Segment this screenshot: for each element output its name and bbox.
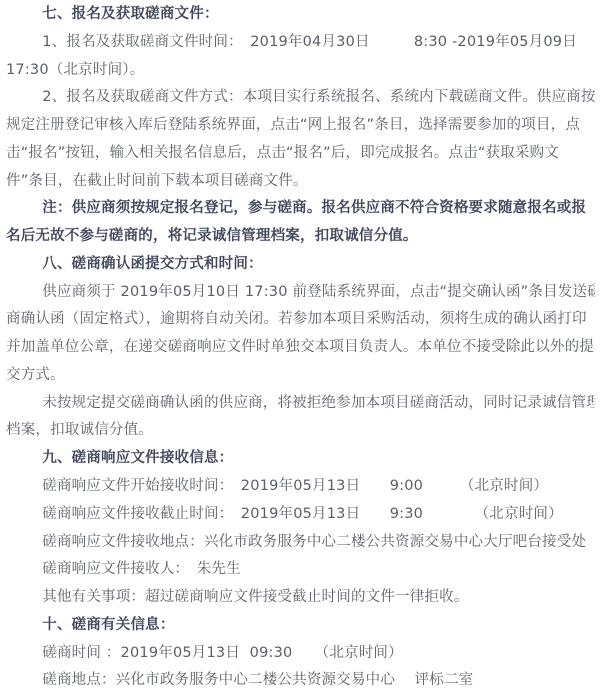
- text-line: 磋商地点：兴化市政务服务中心二楼公共资源交易中心 评标二室: [6, 667, 595, 694]
- text-line: 磋商响应文件接收截止时间： 2019年05月13日 9:30 （北京时间）: [6, 501, 595, 529]
- procurement-notice-document: 七、报名及获取磋商文件：1、报名及获取磋商文件时间： 2019年04月30日 8…: [0, 0, 600, 694]
- document-page: 七、报名及获取磋商文件：1、报名及获取磋商文件时间： 2019年04月30日 8…: [0, 0, 600, 694]
- text-line: 规定注册登记审核入库后登陆系统界面，点击“网上报名”条目，选择需要参加的项目，点: [6, 112, 595, 140]
- text-line: 未按规定提交磋商确认函的供应商，将被拒绝参加本项目磋商活动，同时记录诚信管理: [6, 390, 595, 418]
- text-line: 1、报名及获取磋商文件时间： 2019年04月30日 8:30 -2019年05…: [6, 29, 595, 57]
- note-line: 注：供应商须按规定报名登记，参与磋商。报名供应商不符合资格要求随意报名或报: [6, 195, 595, 223]
- section-heading: 十、磋商有关信息：: [6, 612, 595, 640]
- text-line: 磋商响应文件接收地点：兴化市政务服务中心二楼公共资源交易中心大厅吧台接受处: [6, 529, 595, 557]
- section-heading: 九、磋商响应文件接收信息：: [6, 445, 595, 473]
- text-line: 磋商响应文件接收人： 朱先生: [6, 556, 595, 584]
- text-line: 2、报名及获取磋商文件方式：本项目实行系统报名、系统内下载磋商文件。供应商按: [6, 84, 595, 112]
- text-line: 磋商时间 ：2019年05月13日 09:30 （北京时间）: [6, 640, 595, 668]
- text-line: 击“报名”按钮，输入相关报名信息后，点击“报名”后，即完成报名。点击“获取采购文: [6, 140, 595, 168]
- text-line: 商确认函（固定格式），逾期将自动关闭。若参加本项目采购活动，须将生成的确认函打印: [6, 306, 595, 334]
- text-line: 并加盖单位公章，在递交磋商响应文件时单独交本项目负责人。本单位不接受除此以外的提: [6, 334, 595, 362]
- text-line: 档案，扣取诚信分值。: [6, 417, 595, 445]
- text-line: 件”条目，在截止时间前下载本项目磋商文件。: [6, 168, 595, 196]
- text-line: 供应商须于 2019年05月10日 17:30 前登陆系统界面，点击“提交确认函…: [6, 279, 595, 307]
- section-heading: 七、报名及获取磋商文件：: [6, 1, 595, 29]
- section-heading: 八、磋商确认函提交方式和时间：: [6, 251, 595, 279]
- text-line: 磋商响应文件开始接收时间： 2019年05月13日 9:00 （北京时间）: [6, 473, 595, 501]
- note-line: 名后无故不参与磋商的，将记录诚信管理档案，扣取诚信分值。: [6, 223, 595, 251]
- text-line: 其他有关事项：超过磋商响应文件接受截止时间的文件一律拒收。: [6, 584, 595, 612]
- text-line: 17:30（北京时间）。: [6, 57, 595, 85]
- text-line: 交方式。: [6, 362, 595, 390]
